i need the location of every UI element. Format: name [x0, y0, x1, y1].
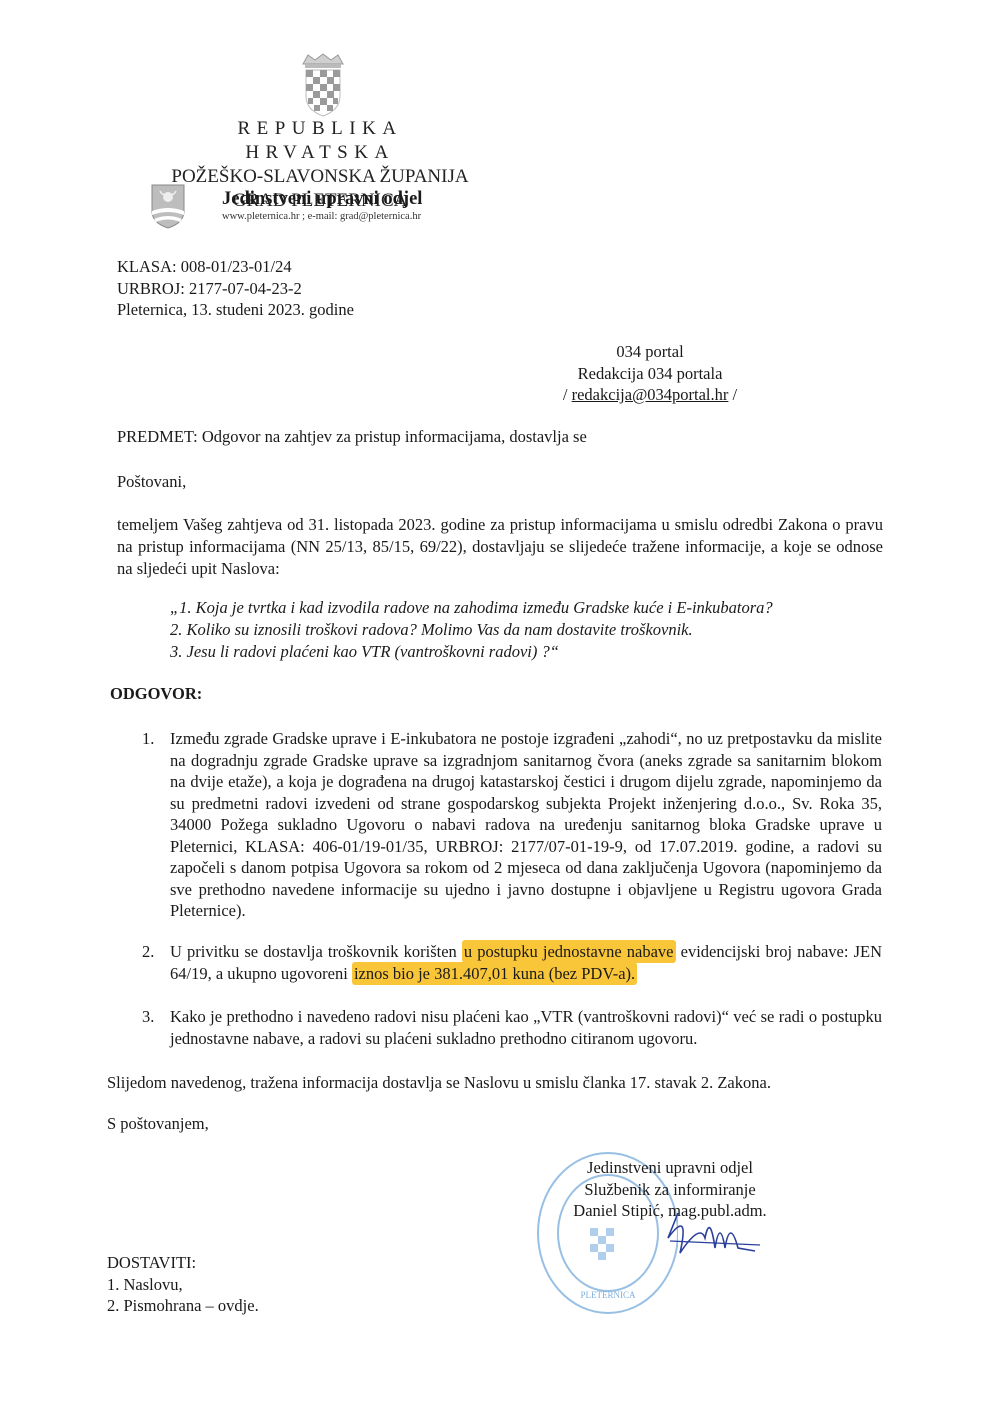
contact-line: www.pleternica.hr ; e-mail: grad@pletern… [222, 210, 422, 224]
department-name: Jedinstveni upravni odjel [222, 188, 422, 210]
question-1: „1. Koja je tvrtka i kad izvodila radove… [170, 597, 773, 619]
recipient-dept: Redakcija 034 portala [530, 363, 770, 385]
answer-text-part: U privitku se dostavlja troškovnik koriš… [170, 942, 462, 961]
answer-heading: ODGOVOR: [110, 683, 202, 705]
place-date: Pleternica, 13. studeni 2023. godine [117, 299, 354, 321]
question-3: 3. Jesu li radovi plaćeni kao VTR (vantr… [170, 641, 773, 663]
answer-item: 3. Kako je prethodno i navedeno radovi n… [142, 1006, 882, 1049]
intro-paragraph: temeljem Vašeg zahtjeva od 31. listopada… [117, 514, 883, 580]
signature-department: Jedinstveni upravni odjel [540, 1157, 800, 1179]
recipient-name: 034 portal [530, 341, 770, 363]
answer-text: Između zgrade Gradske uprave i E-inkubat… [170, 728, 882, 922]
country-name: REPUBLIKA HRVATSKA [160, 117, 480, 165]
highlighted-text: u postupku jednostavne nabave [462, 940, 676, 963]
answer-item: 2. U privitku se dostavlja troškovnik ko… [142, 941, 882, 984]
distribution-title: DOSTAVITI: [107, 1252, 259, 1274]
klasa: KLASA: 008-01/23-01/24 [117, 256, 354, 278]
answer-text: Kako je prethodno i navedeno radovi nisu… [170, 1006, 882, 1049]
highlighted-amount: iznos bio je 381.407,01 kuna (bez PDV-a)… [352, 962, 637, 985]
urbroj: URBROJ: 2177-07-04-23-2 [117, 278, 354, 300]
answer-item: 1. Između zgrade Gradske uprave i E-inku… [142, 728, 882, 922]
email-suffix: / [728, 385, 737, 404]
answer-number: 1. [142, 728, 154, 750]
salutation: Poštovani, [117, 471, 186, 493]
distribution-item: 2. Pismohrana – ovdje. [107, 1295, 259, 1317]
answer-text: U privitku se dostavlja troškovnik koriš… [170, 941, 882, 984]
pleternica-coat-of-arms-icon [150, 183, 186, 229]
answer-number: 2. [142, 941, 154, 963]
distribution-item: 1. Naslovu, [107, 1274, 259, 1296]
answer-number: 3. [142, 1006, 154, 1028]
signature-role: Službenik za informiranje [540, 1179, 800, 1201]
conclusion: Slijedom navedenog, tražena informacija … [107, 1072, 771, 1094]
croatian-coat-of-arms-icon [300, 52, 346, 118]
county-name: POŽEŠKO-SLAVONSKA ŽUPANIJA [160, 165, 480, 189]
handwritten-signature-icon [660, 1203, 770, 1263]
svg-text:PLETERNICA: PLETERNICA [581, 1290, 636, 1300]
subject-line: PREDMET: Odgovor na zahtjev za pristup i… [117, 426, 587, 448]
closing: S poštovanjem, [107, 1113, 209, 1135]
email-prefix: / [563, 385, 572, 404]
question-2: 2. Koliko su iznosili troškovi radova? M… [170, 619, 773, 641]
recipient-email-link[interactable]: redakcija@034portal.hr [572, 385, 729, 404]
